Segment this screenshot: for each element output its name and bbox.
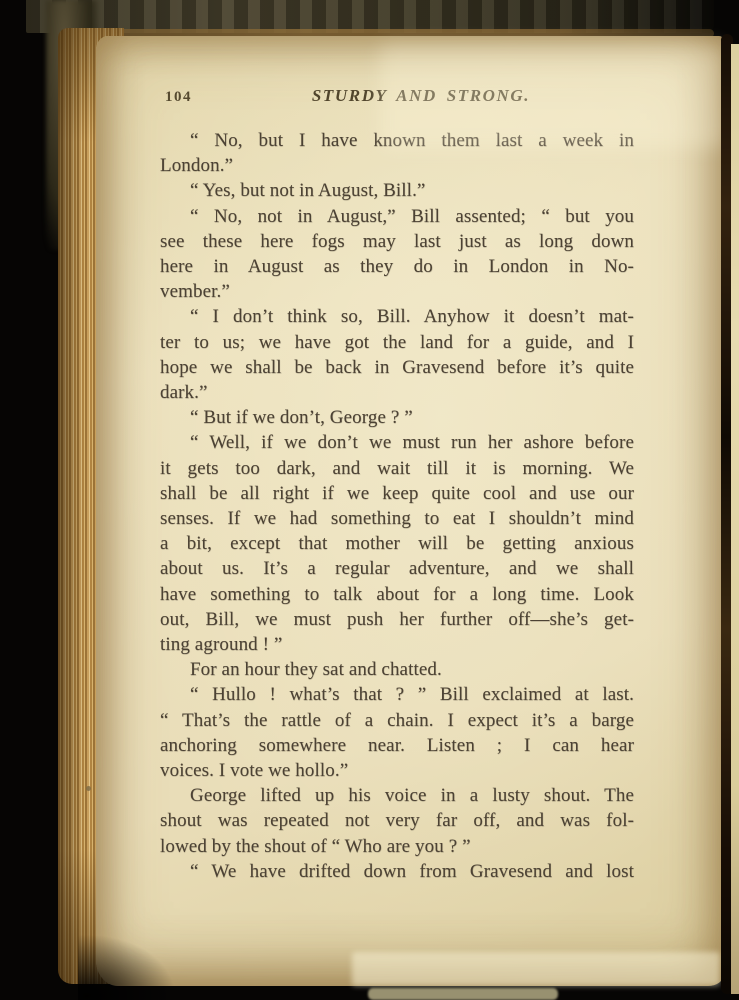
adjacent-page-edge: [731, 44, 739, 994]
text-line: about us. It’s a regular adventure, and …: [160, 556, 634, 581]
text-line: For an hour they sat and chatted.: [160, 657, 634, 682]
text-line: see these here fogs may last just as lon…: [160, 229, 634, 254]
text-line: ting aground ! ”: [160, 632, 634, 657]
paragraph: “ Yes, but not in August, Bill.”: [160, 178, 634, 203]
text-line: “ No, not in August,” Bill assented; “ b…: [160, 204, 634, 229]
paragraph: For an hour they sat and chatted.: [160, 657, 634, 682]
paragraph: “ But if we don’t, George ? ”: [160, 405, 634, 430]
text-line: “ Yes, but not in August, Bill.”: [160, 178, 634, 203]
corner-shadow: [78, 926, 188, 1000]
paragraph: George lifted up his voice in a lusty sh…: [160, 783, 634, 859]
text-line: George lifted up his voice in a lusty sh…: [160, 783, 634, 808]
text-line: dark.”: [160, 380, 634, 405]
text-line: “ Well, if we don’t we must run her asho…: [160, 430, 634, 455]
text-line: shall be all right if we keep quite cool…: [160, 481, 634, 506]
text-line: “ That’s the rattle of a chain. I expect…: [160, 708, 634, 733]
text-line: out, Bill, we must push her further off—…: [160, 607, 634, 632]
paragraph: “ We have drifted down from Gravesend an…: [160, 859, 634, 884]
text-line: voices. I vote we hollo.”: [160, 758, 634, 783]
paragraph: “ Hullo ! what’s that ? ” Bill exclaimed…: [160, 682, 634, 783]
scan-light-artifact-bottom: [352, 952, 720, 986]
page-number: 104: [165, 89, 192, 106]
body-text: “ No, but I have known them last a week …: [160, 128, 634, 884]
book-scan-scene: 104 STURDY AND STRONG. “ No, but I have …: [0, 0, 739, 1000]
paragraph: “ Well, if we don’t we must run her asho…: [160, 430, 634, 657]
scan-light-artifact-top: [380, 44, 724, 148]
ink-speck: [86, 786, 91, 791]
text-line: here in August as they do in London in N…: [160, 254, 634, 279]
text-line: “ I don’t think so, Bill. Anyhow it does…: [160, 304, 634, 329]
text-line: it gets too dark, and wait till it is mo…: [160, 456, 634, 481]
text-line: lowed by the shout of “ Who are you ? ”: [160, 834, 634, 859]
text-line: senses. If we had something to eat I sho…: [160, 506, 634, 531]
text-line: have something to talk about for a long …: [160, 582, 634, 607]
text-line: “ We have drifted down from Gravesend an…: [160, 859, 634, 884]
text-line: vember.”: [160, 279, 634, 304]
text-line: “ Hullo ! what’s that ? ” Bill exclaimed…: [160, 682, 634, 707]
page-text-block: 104 STURDY AND STRONG. “ No, but I have …: [160, 86, 634, 884]
paragraph: “ No, not in August,” Bill assented; “ b…: [160, 204, 634, 305]
text-line: ter to us; we have got the land for a gu…: [160, 330, 634, 355]
next-page-sliver: [368, 988, 558, 1000]
text-line: shout was repeated not very far off, and…: [160, 808, 634, 833]
text-line: London.”: [160, 153, 634, 178]
text-line: a bit, except that mother will be gettin…: [160, 531, 634, 556]
text-line: hope we shall be back in Gravesend befor…: [160, 355, 634, 380]
text-line: anchoring somewhere near. Listen ; I can…: [160, 733, 634, 758]
paragraph: “ I don’t think so, Bill. Anyhow it does…: [160, 304, 634, 405]
text-line: “ But if we don’t, George ? ”: [160, 405, 634, 430]
